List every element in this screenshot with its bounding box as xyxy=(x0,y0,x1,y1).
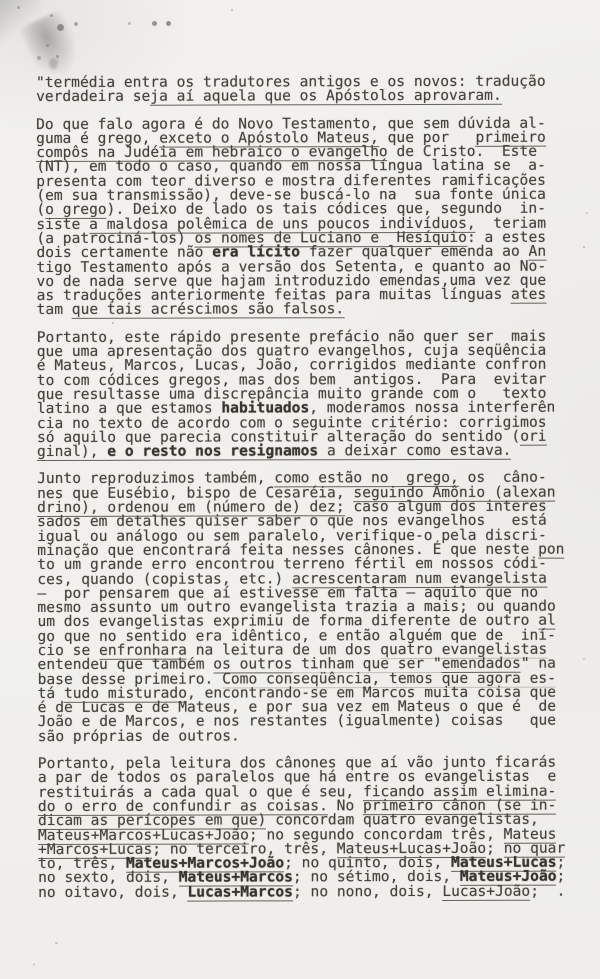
underlined-text: a deixar como estava. xyxy=(318,442,511,461)
text-segment: verdadeira se xyxy=(36,88,150,105)
text-segment: ; . xyxy=(530,882,565,899)
text-line: tam que tais acréscimos são falsos. xyxy=(37,302,583,318)
text-segment: tam xyxy=(37,301,72,318)
ink-speck xyxy=(55,942,58,944)
ink-speck xyxy=(49,58,58,69)
text-segment: ; no nono, dois, xyxy=(293,883,442,900)
underlined-text: ates xyxy=(511,286,546,304)
ink-speck xyxy=(37,56,41,60)
ink-speck xyxy=(50,14,53,17)
ink-speck xyxy=(128,22,131,25)
paragraph: Portanto, este rápido presente prefácio … xyxy=(37,329,583,459)
paragraph: Portanto, pela leitura dos cânones que a… xyxy=(38,756,584,900)
ink-speck xyxy=(74,22,78,26)
ink-speck xyxy=(231,9,233,11)
text-segment: são próprias de outros. xyxy=(38,727,240,745)
ink-speck xyxy=(166,21,171,26)
paragraph: "termédia entra os tradutores antigos e … xyxy=(36,75,582,105)
underlined-text: Lucas+João xyxy=(442,882,530,900)
text-line: são próprias de outros. xyxy=(38,728,584,744)
text-line: no oitavo, dois, Lucas+Marcos; no nono, … xyxy=(38,884,584,900)
underlined-text: ori xyxy=(520,427,546,445)
ink-speck xyxy=(33,963,35,966)
scan-smudge xyxy=(0,0,43,61)
underlined-text: e o resto nos resignamos xyxy=(107,442,318,461)
ink-speck xyxy=(583,246,585,248)
ink-speck xyxy=(56,55,59,58)
text-line: verdadeira seja aí aquela que os Apóstol… xyxy=(36,89,582,105)
paragraph: Junto reproduzimos também, como estão no… xyxy=(37,471,584,744)
text-line: ginal), e o resto nos resignamos a deixa… xyxy=(37,444,583,460)
ink-speck xyxy=(46,44,49,47)
ink-speck xyxy=(586,212,588,214)
ink-speck xyxy=(57,24,64,31)
ink-speck xyxy=(152,21,157,26)
underlined-text: ginal), xyxy=(37,443,107,461)
page-text: "termédia entra os tradutores antigos e … xyxy=(36,75,584,913)
paragraph: Do que falo agora é do Novo Testamento, … xyxy=(36,116,583,318)
ink-speck xyxy=(17,6,20,9)
underlined-text: Lucas+Marcos xyxy=(187,883,292,901)
text-segment: no oitavo, dois, xyxy=(38,883,187,900)
scanned-page: "termédia entra os tradutores antigos e … xyxy=(0,0,600,979)
underlined-text: que tais acréscimos são falsos. xyxy=(72,301,344,320)
underlined-text: ja aí aquela que os Apóstolos aprovaram. xyxy=(150,87,501,106)
